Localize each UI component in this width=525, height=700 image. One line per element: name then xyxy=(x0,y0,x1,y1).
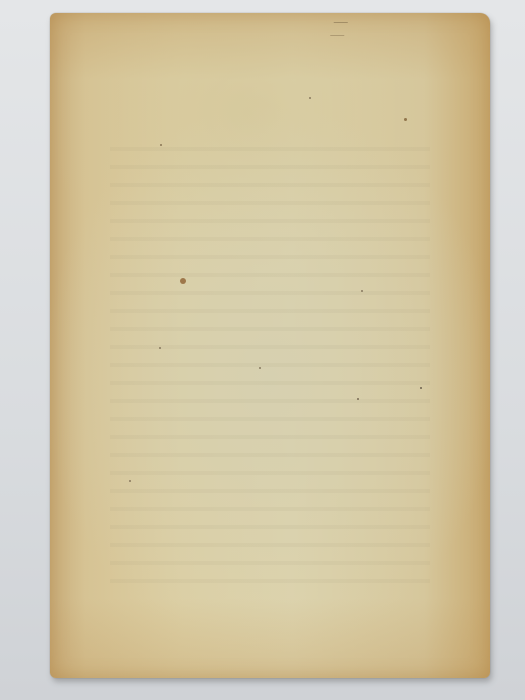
foxing-spot xyxy=(159,347,161,349)
aged-paper-sheet xyxy=(50,13,490,678)
foxing-spot xyxy=(259,367,261,369)
ink-bleed-through xyxy=(110,133,430,588)
foxing-spot xyxy=(404,118,407,121)
foxing-spot xyxy=(361,290,363,292)
foxing-spot xyxy=(420,387,422,389)
pencil-mark xyxy=(330,22,348,36)
foxing-spot xyxy=(357,398,359,400)
foxing-spot xyxy=(309,97,311,99)
photo-scene xyxy=(0,0,525,700)
foxing-spot xyxy=(129,480,131,482)
paper-edge-discoloration xyxy=(50,13,490,678)
foxing-spot xyxy=(160,144,162,146)
foxing-spot xyxy=(180,278,186,284)
